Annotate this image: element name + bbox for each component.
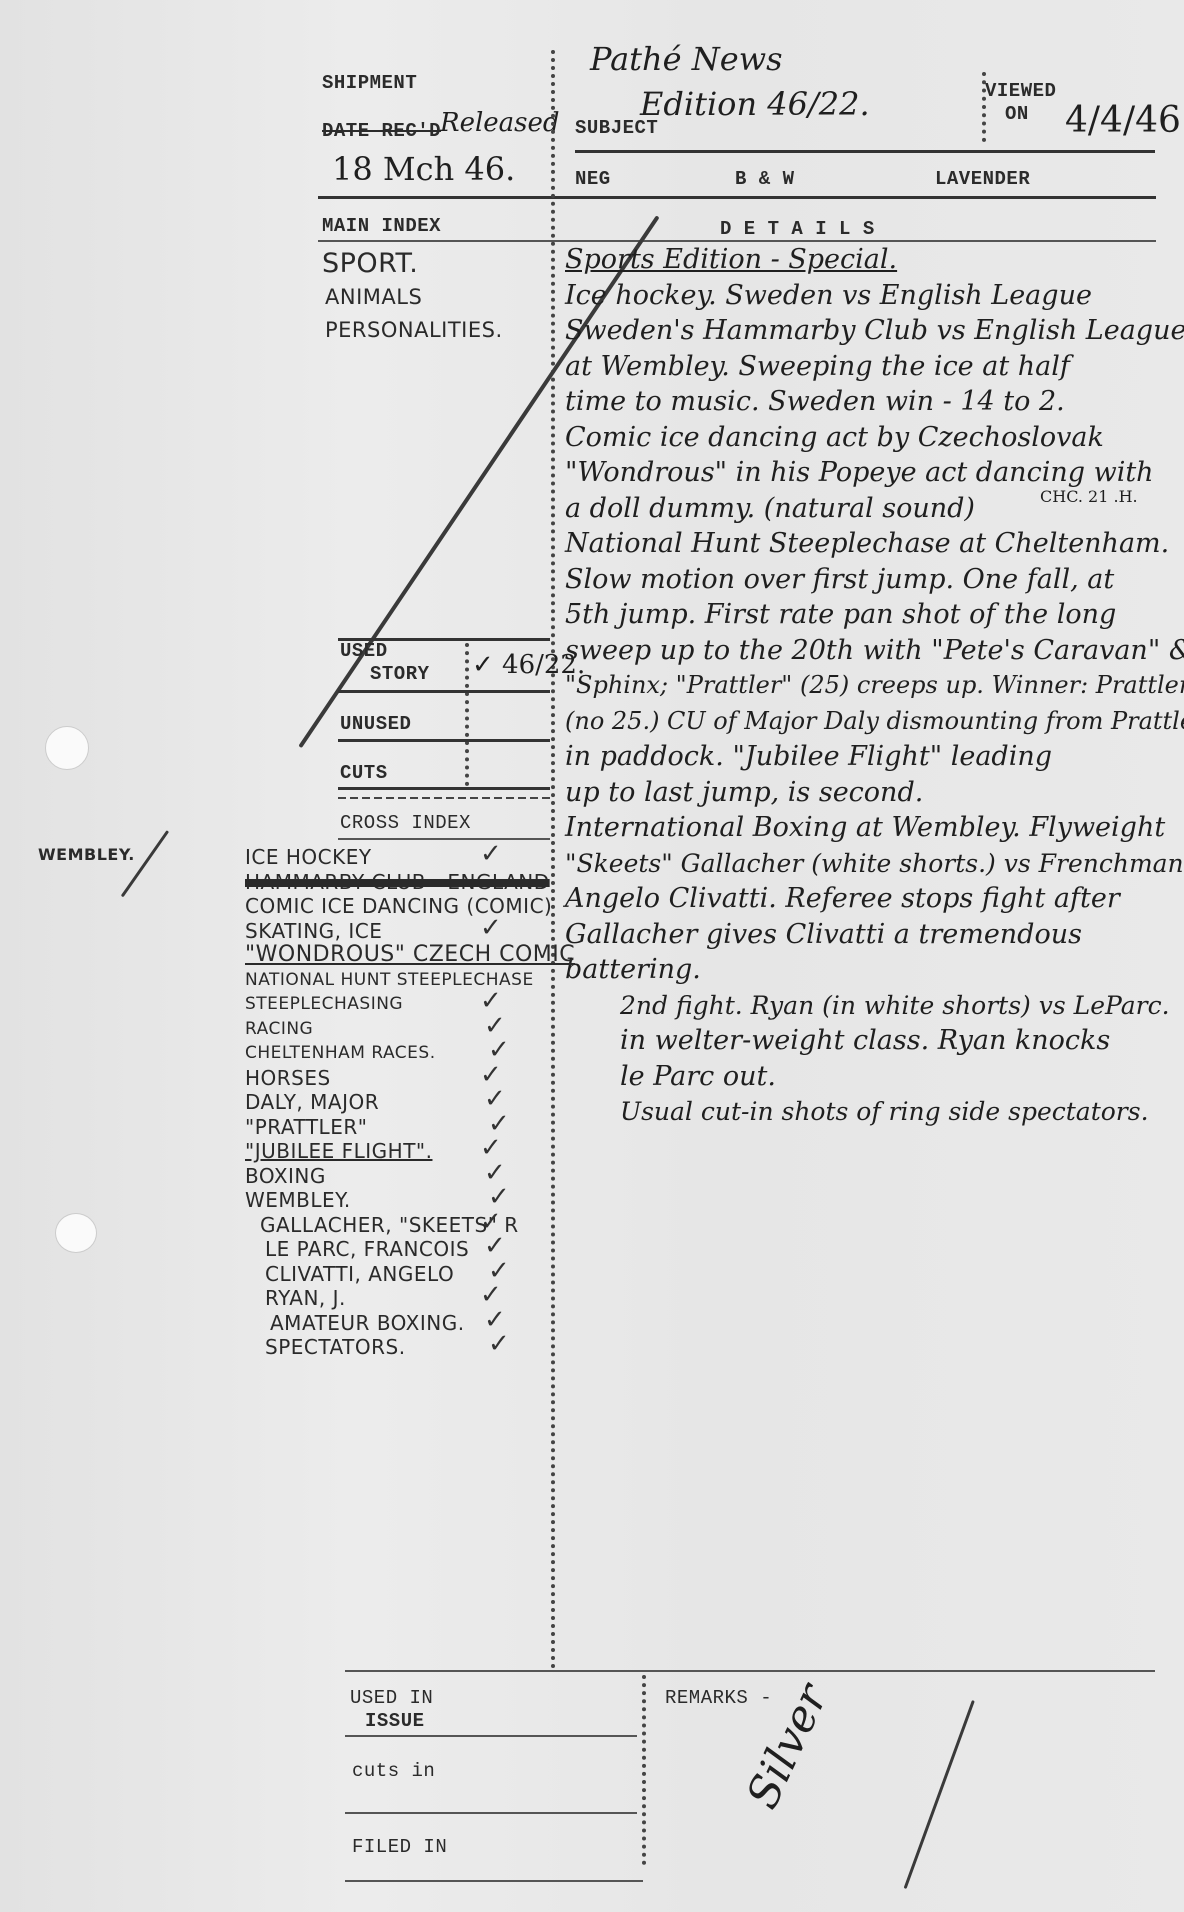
- filed-in-rule: [345, 1880, 643, 1882]
- viewed-on-value: 4/4/46: [1065, 100, 1181, 141]
- check-mark-icon: ✓: [480, 839, 502, 869]
- shipment-label: SHIPMENT: [322, 72, 417, 94]
- lavender-label: LAVENDER: [935, 168, 1030, 190]
- details-line: Gallacher gives Clivatti a tremendous: [565, 917, 1180, 953]
- cross-index-item: "JUBILEE FLIGHT".: [245, 1139, 575, 1164]
- cross-index-item: COMIC ICE DANCING (COMIC): [245, 894, 575, 919]
- date-label-correction: Released: [440, 108, 560, 138]
- remarks-label: REMARKS -: [665, 1687, 772, 1709]
- details-line: "Wondrous" in his Popeye act dancing wit…: [565, 455, 1180, 491]
- details-body: Sports Edition - Special. Ice hockey. Sw…: [565, 242, 1180, 1130]
- used-divider: [465, 643, 469, 786]
- details-line: le Parc out.: [565, 1059, 1180, 1095]
- details-line: Slow motion over first jump. One fall, a…: [565, 562, 1180, 598]
- bw-label: B & W: [735, 168, 795, 190]
- issue-label: ISSUE: [365, 1710, 425, 1732]
- cuts-in-rule: [345, 1812, 637, 1814]
- details-line: 2nd fight. Ryan (in white shorts) vs LeP…: [565, 988, 1180, 1024]
- viewed-label: VIEWED: [985, 80, 1056, 102]
- used-in-rule: [345, 1735, 637, 1737]
- cross-index-item: "WONDROUS" CZECH COMIC: [245, 943, 575, 968]
- left-margin-note: WEMBLEY.: [38, 845, 135, 864]
- subject-value: Edition 46/22.: [640, 85, 870, 123]
- used-in-issue-label: USED IN: [350, 1687, 433, 1709]
- details-line: at Wembley. Sweeping the ice at half: [565, 349, 1180, 385]
- cuts-dashed-rule: [338, 797, 550, 799]
- header-rule-1: [575, 150, 1155, 153]
- neg-label: NEG: [575, 168, 611, 190]
- cross-index-item: CHELTENHAM RACES.: [245, 1041, 575, 1066]
- cross-index-item: LE PARC, FRANCOIS: [245, 1237, 575, 1262]
- details-line: up to last jump, is second.: [565, 775, 1180, 811]
- details-line: in welter-weight class. Ryan knocks: [565, 1023, 1180, 1059]
- filed-in-label: FILED IN: [352, 1836, 447, 1858]
- cross-index-item: STEEPLECHASING: [245, 992, 575, 1017]
- cross-index-item: RYAN, J.: [245, 1286, 575, 1311]
- main-index-label: MAIN INDEX: [322, 215, 441, 237]
- details-line: time to music. Sweden win - 14 to 2.: [565, 384, 1180, 420]
- footer-divider: [642, 1675, 646, 1865]
- cross-index-item: SPECTATORS.: [245, 1335, 575, 1360]
- main-index-item: ANIMALS: [325, 285, 422, 309]
- remarks-check-slash: [904, 1700, 975, 1889]
- cross-index-item: "PRATTLER": [245, 1115, 575, 1140]
- details-line: National Hunt Steeplechase at Cheltenham…: [565, 526, 1180, 562]
- viewed-divider: [982, 72, 986, 142]
- details-label: D E T A I L S: [720, 218, 875, 240]
- footer-rule-top: [345, 1670, 1155, 1672]
- details-margin-note: CHC. 21 .H.: [1040, 487, 1138, 506]
- story-label: STORY: [370, 663, 430, 685]
- unused-label: UNUSED: [340, 713, 411, 735]
- date-released-value: 18 Mch 46.: [332, 150, 515, 188]
- details-title: Sports Edition - Special.: [565, 242, 1180, 278]
- subject-label: SUBJECT: [575, 117, 658, 139]
- cross-index-item: NATIONAL HUNT STEEPLECHASE: [245, 968, 575, 993]
- cross-index-label: CROSS INDEX: [340, 812, 471, 834]
- punch-hole-bottom: [55, 1213, 97, 1253]
- details-line: Comic ice dancing act by Czechoslovak: [565, 420, 1180, 456]
- details-line: International Boxing at Wembley. Flyweig…: [565, 810, 1180, 846]
- cross-index-item: ICE HOCKEY: [245, 845, 575, 870]
- details-line: "Sphinx; "Prattler" (25) creeps up. Winn…: [565, 668, 1180, 704]
- details-line: Usual cut-in shots of ring side spectato…: [565, 1094, 1180, 1130]
- main-index-item: PERSONALITIES.: [325, 318, 503, 342]
- cross-index-item: AMATEUR BOXING.: [245, 1311, 575, 1336]
- date-received-label: DATE REC'D: [322, 120, 441, 142]
- details-line: 5th jump. First rate pan shot of the lon…: [565, 597, 1180, 633]
- cuts-in-label: cuts in: [352, 1760, 435, 1782]
- cross-index-item: BOXING: [245, 1164, 575, 1189]
- cross-index-item: GALLACHER, "SKEETS" R: [245, 1213, 575, 1238]
- punch-hole-top: [45, 726, 89, 770]
- viewed-on-label: ON: [1005, 103, 1029, 125]
- details-line: "Skeets" Gallacher (white shorts.) vs Fr…: [565, 846, 1180, 882]
- cuts-label: CUTS: [340, 762, 388, 784]
- unused-rule: [338, 739, 550, 742]
- details-line: (no 25.) CU of Major Daly dismounting fr…: [565, 704, 1180, 740]
- shipment-value: Pathé News: [590, 40, 783, 78]
- cross-index-list: ICE HOCKEY HAMMARBY CLUB - ENGLAND COMIC…: [245, 845, 575, 1360]
- cross-index-rule: [338, 838, 550, 840]
- used-rule: [338, 690, 550, 693]
- cross-index-item: DALY, MAJOR: [245, 1090, 575, 1115]
- cross-index-item: RACING: [245, 1017, 575, 1042]
- cross-index-item: HAMMARBY CLUB - ENGLAND: [245, 870, 575, 895]
- details-line: battering.: [565, 952, 1180, 988]
- main-index-item: SPORT.: [322, 248, 418, 279]
- used-label: USED: [340, 640, 388, 662]
- check-mark-icon: ✓: [488, 1329, 510, 1359]
- cross-index-item: HORSES: [245, 1066, 575, 1091]
- cross-index-item: SKATING, ICE: [245, 919, 575, 944]
- check-mark-icon: ✓: [480, 913, 502, 943]
- details-line: Sweden's Hammarby Club vs English League: [565, 313, 1180, 349]
- cross-index-item: CLIVATTI, ANGELO: [245, 1262, 575, 1287]
- details-line: Angelo Clivatti. Referee stops fight aft…: [565, 881, 1180, 917]
- details-line: sweep up to the 20th with "Pete's Carava…: [565, 633, 1180, 669]
- used-story-value: ✓ 46/22.: [472, 650, 585, 680]
- details-line: in paddock. "Jubilee Flight" leading: [565, 739, 1180, 775]
- document-page: SHIPMENT Pathé News Edition 46/22. DATE …: [0, 0, 1184, 1912]
- cuts-rule: [338, 787, 550, 790]
- cross-index-item: WEMBLEY.: [245, 1188, 575, 1213]
- details-line: Ice hockey. Sweden vs English League: [565, 278, 1180, 314]
- header-rule-2: [318, 196, 1156, 199]
